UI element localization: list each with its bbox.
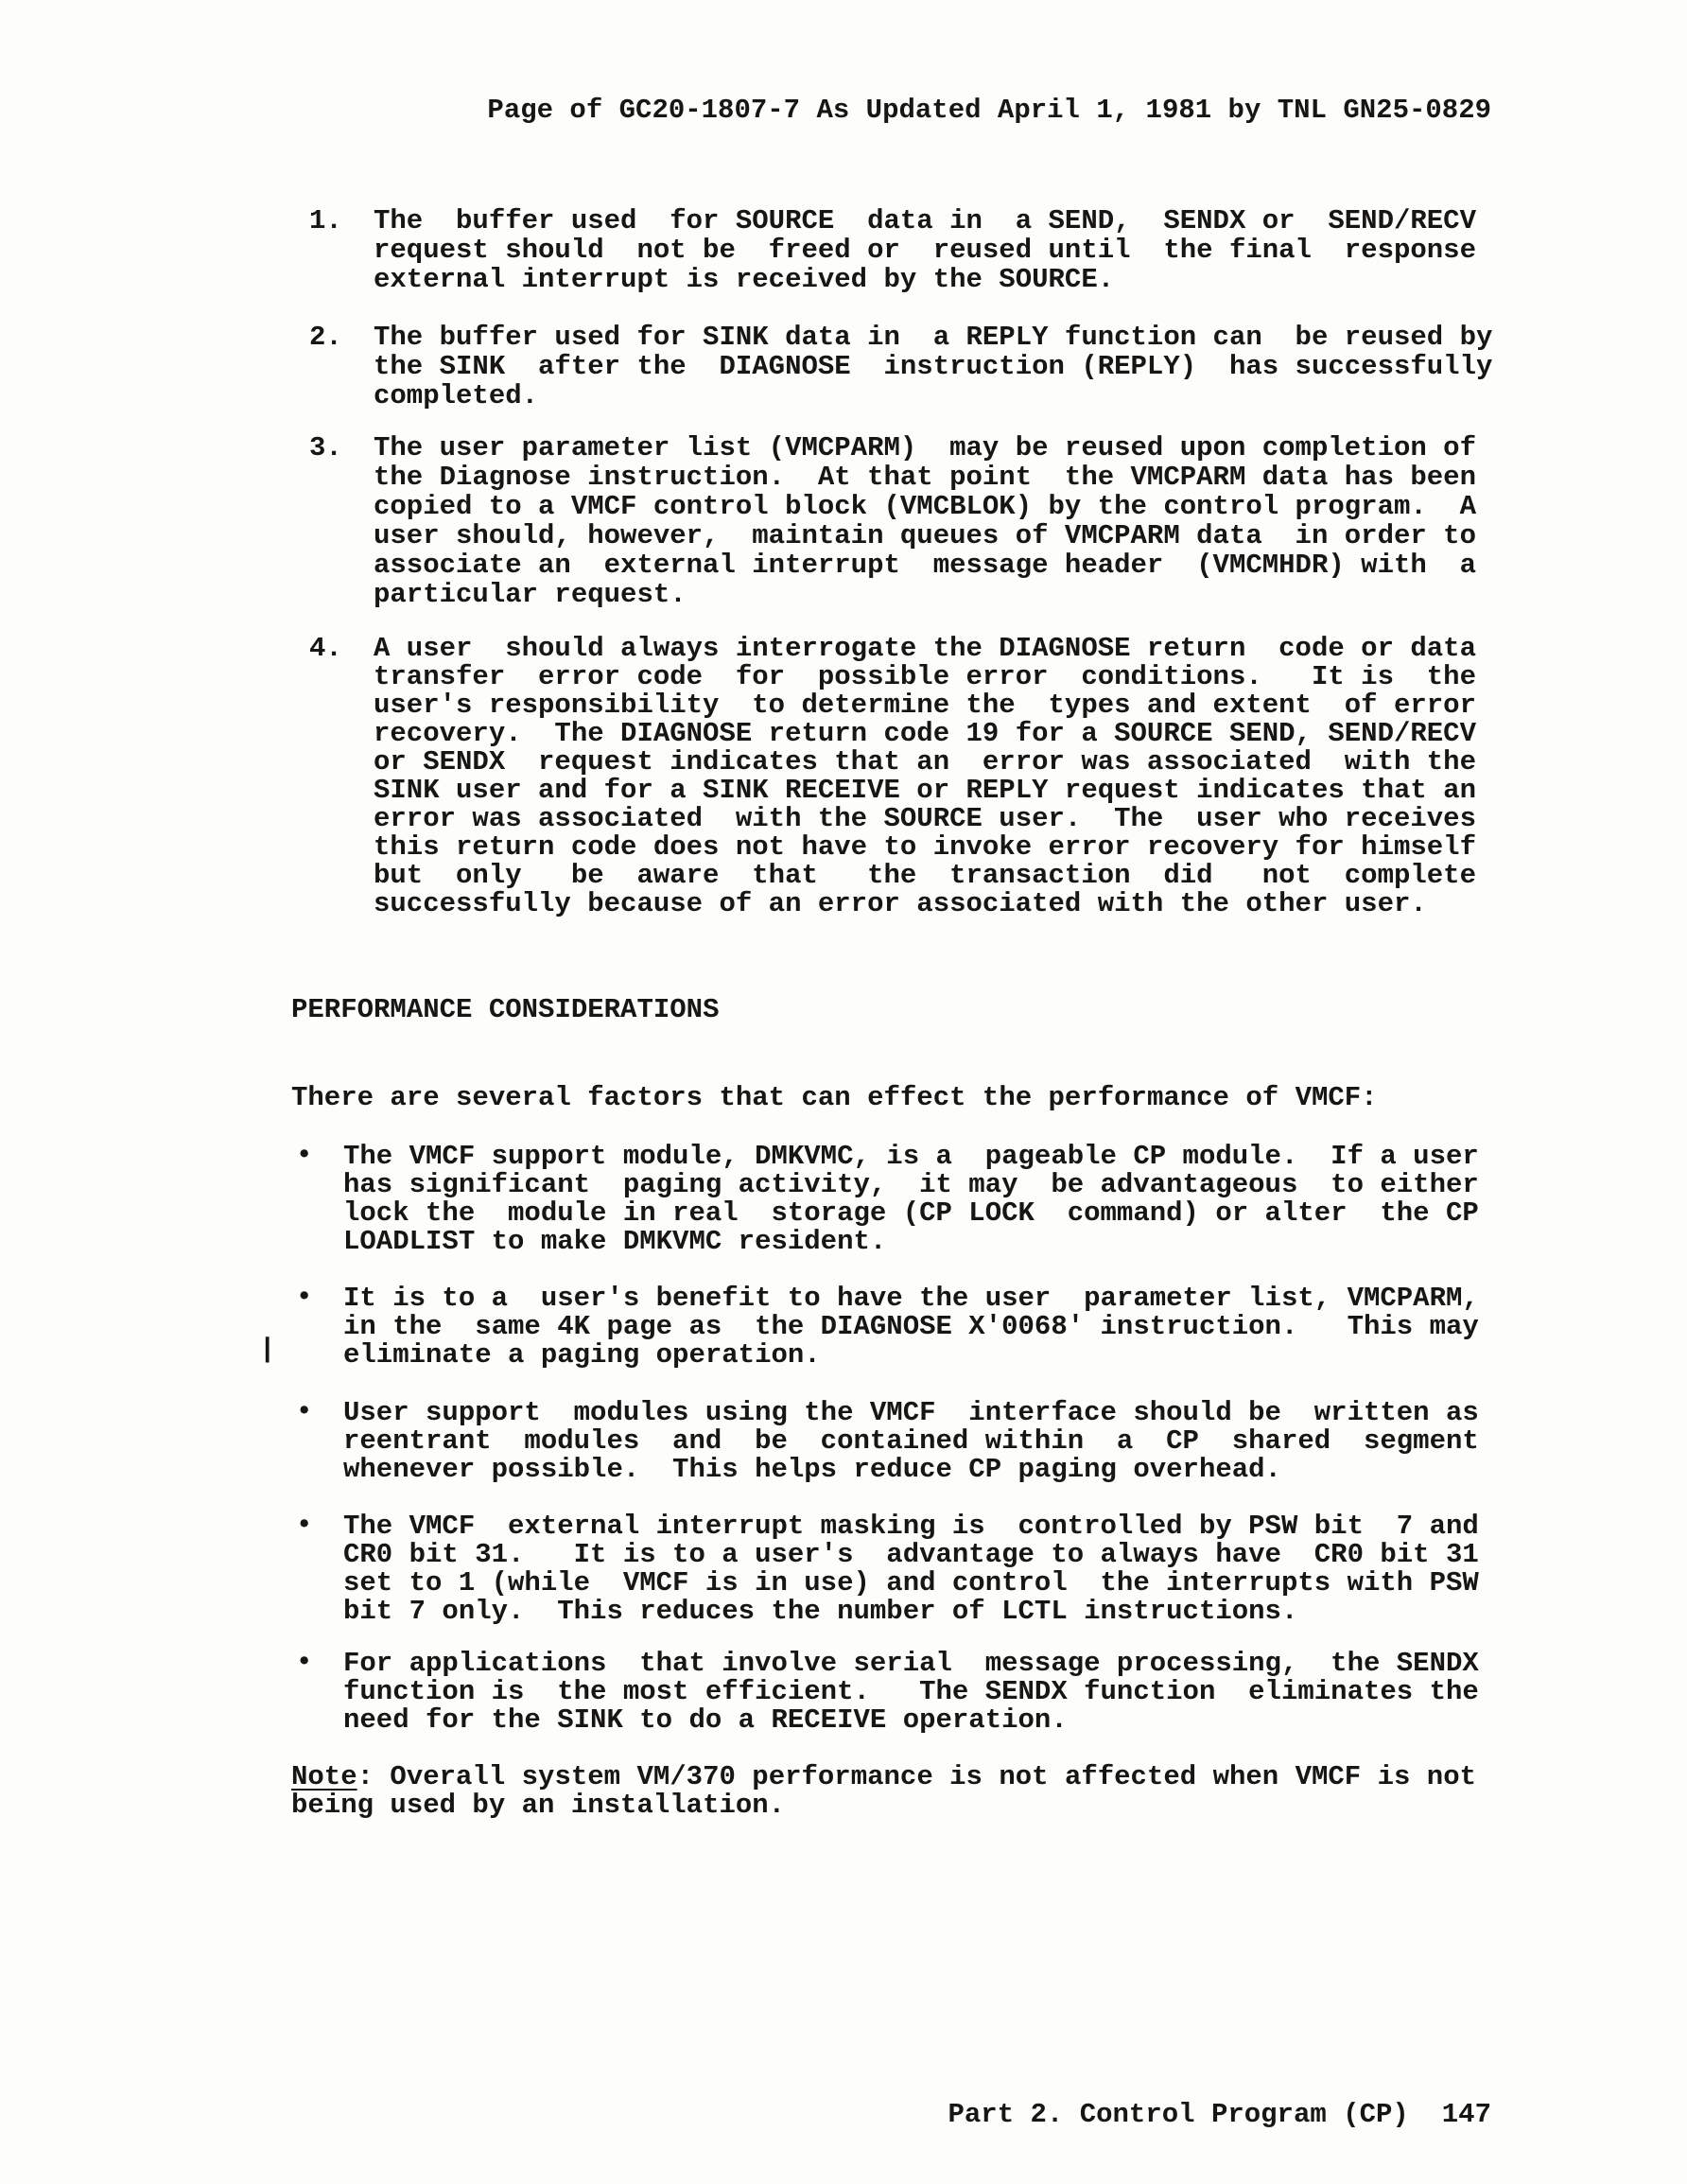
numbered-item-4: 4. A user should always interrogate the … (374, 635, 1476, 918)
intro-paragraph: There are several factors that can effec… (291, 1084, 1378, 1112)
text-line: bit 7 only. This reduces the number of L… (343, 1598, 1479, 1626)
bullet-icon: • (296, 1649, 312, 1677)
bullet-icon: • (296, 1398, 312, 1426)
item-number: 1. (309, 206, 342, 236)
text-line: the Diagnose instruction. At that point … (374, 463, 1476, 492)
text-line: need for the SINK to do a RECEIVE operat… (343, 1706, 1479, 1735)
text-line: It is to a user's benefit to have the us… (343, 1284, 1479, 1313)
bullet-icon: • (296, 1142, 312, 1170)
note-paragraph: Note: Overall system VM/370 performance … (291, 1763, 1476, 1820)
text-line: external interrupt is received by the SO… (374, 265, 1476, 294)
running-header: Page of GC20-1807-7 As Updated April 1, … (487, 96, 1491, 125)
footer-label: Part 2. Control Program (CP) (948, 2099, 1409, 2130)
bullet-item-5: • For applications that involve serial m… (343, 1650, 1479, 1735)
bullet-item-1: • The VMCF support module, DMKVMC, is a … (343, 1143, 1479, 1256)
text-line: lock the module in real storage (CP LOCK… (343, 1199, 1479, 1228)
text-line: eliminate a paging operation. (343, 1341, 1479, 1370)
text-line: being used by an installation. (291, 1791, 1476, 1820)
text-line: or SENDX request indicates that an error… (374, 748, 1476, 777)
item-number: 3. (309, 433, 342, 463)
revision-change-bar: | (259, 1336, 275, 1364)
text-line: Note: Overall system VM/370 performance … (291, 1763, 1476, 1791)
numbered-item-3: 3. The user parameter list (VMCPARM) may… (374, 433, 1476, 609)
numbered-item-2: 2. The buffer used for SINK data in a RE… (374, 323, 1492, 411)
text-line: reentrant modules and be contained withi… (343, 1427, 1479, 1456)
text-line: The user parameter list (VMCPARM) may be… (374, 433, 1476, 463)
text-line: function is the most efficient. The SEND… (343, 1678, 1479, 1706)
text-line: request should not be freed or reused un… (374, 236, 1476, 265)
text-line: copied to a VMCF control block (VMCBLOK)… (374, 492, 1476, 521)
text-line: LOADLIST to make DMKVMC resident. (343, 1228, 1479, 1256)
text-line: this return code does not have to invoke… (374, 833, 1476, 862)
text-line: transfer error code for possible error c… (374, 663, 1476, 691)
text-line: recovery. The DIAGNOSE return code 19 fo… (374, 720, 1476, 748)
bullet-item-2: • It is to a user's benefit to have the … (343, 1284, 1479, 1370)
bullet-item-4: • The VMCF external interrupt masking is… (343, 1512, 1479, 1626)
text-line: user's responsibility to determine the t… (374, 691, 1476, 720)
page-footer: Part 2. Control Program (CP)147 (882, 2070, 1491, 2158)
text-line: completed. (374, 381, 1492, 411)
text-line: but only be aware that the transaction d… (374, 862, 1476, 890)
note-label: Note (291, 1761, 357, 1792)
text-line: The buffer used for SINK data in a REPLY… (374, 323, 1492, 352)
text-line: The VMCF external interrupt masking is c… (343, 1512, 1479, 1541)
text-line: A user should always interrogate the DIA… (374, 635, 1476, 663)
text-line: set to 1 (while VMCF is in use) and cont… (343, 1569, 1479, 1598)
bullet-icon: • (296, 1511, 312, 1540)
text-line: has significant paging activity, it may … (343, 1171, 1479, 1199)
item-number: 4. (309, 635, 342, 663)
bullet-icon: • (296, 1284, 312, 1312)
text-line: successfully because of an error associa… (374, 890, 1476, 918)
text-line: associate an external interrupt message … (374, 550, 1476, 580)
text-line: error was associated with the SOURCE use… (374, 805, 1476, 833)
numbered-item-1: 1. The buffer used for SOURCE data in a … (374, 206, 1476, 294)
text-line: CR0 bit 31. It is to a user's advantage … (343, 1541, 1479, 1569)
bullet-item-3: • User support modules using the VMCF in… (343, 1399, 1479, 1484)
text-line: particular request. (374, 580, 1476, 609)
text-line: user should, however, maintain queues of… (374, 521, 1476, 550)
text-line: the SINK after the DIAGNOSE instruction … (374, 352, 1492, 381)
text-line: in the same 4K page as the DIAGNOSE X'00… (343, 1313, 1479, 1341)
text-line: whenever possible. This helps reduce CP … (343, 1456, 1479, 1484)
text-line: For applications that involve serial mes… (343, 1650, 1479, 1678)
item-number: 2. (309, 323, 342, 352)
text-line: The VMCF support module, DMKVMC, is a pa… (343, 1143, 1479, 1171)
page-number: 147 (1442, 2099, 1491, 2130)
text-line: The buffer used for SOURCE data in a SEN… (374, 206, 1476, 236)
document-page: Page of GC20-1807-7 As Updated April 1, … (0, 0, 1687, 2184)
note-text: : Overall system VM/370 performance is n… (357, 1761, 1476, 1792)
text-line: User support modules using the VMCF inte… (343, 1399, 1479, 1427)
text-line: SINK user and for a SINK RECEIVE or REPL… (374, 777, 1476, 805)
section-heading: PERFORMANCE CONSIDERATIONS (291, 996, 719, 1024)
